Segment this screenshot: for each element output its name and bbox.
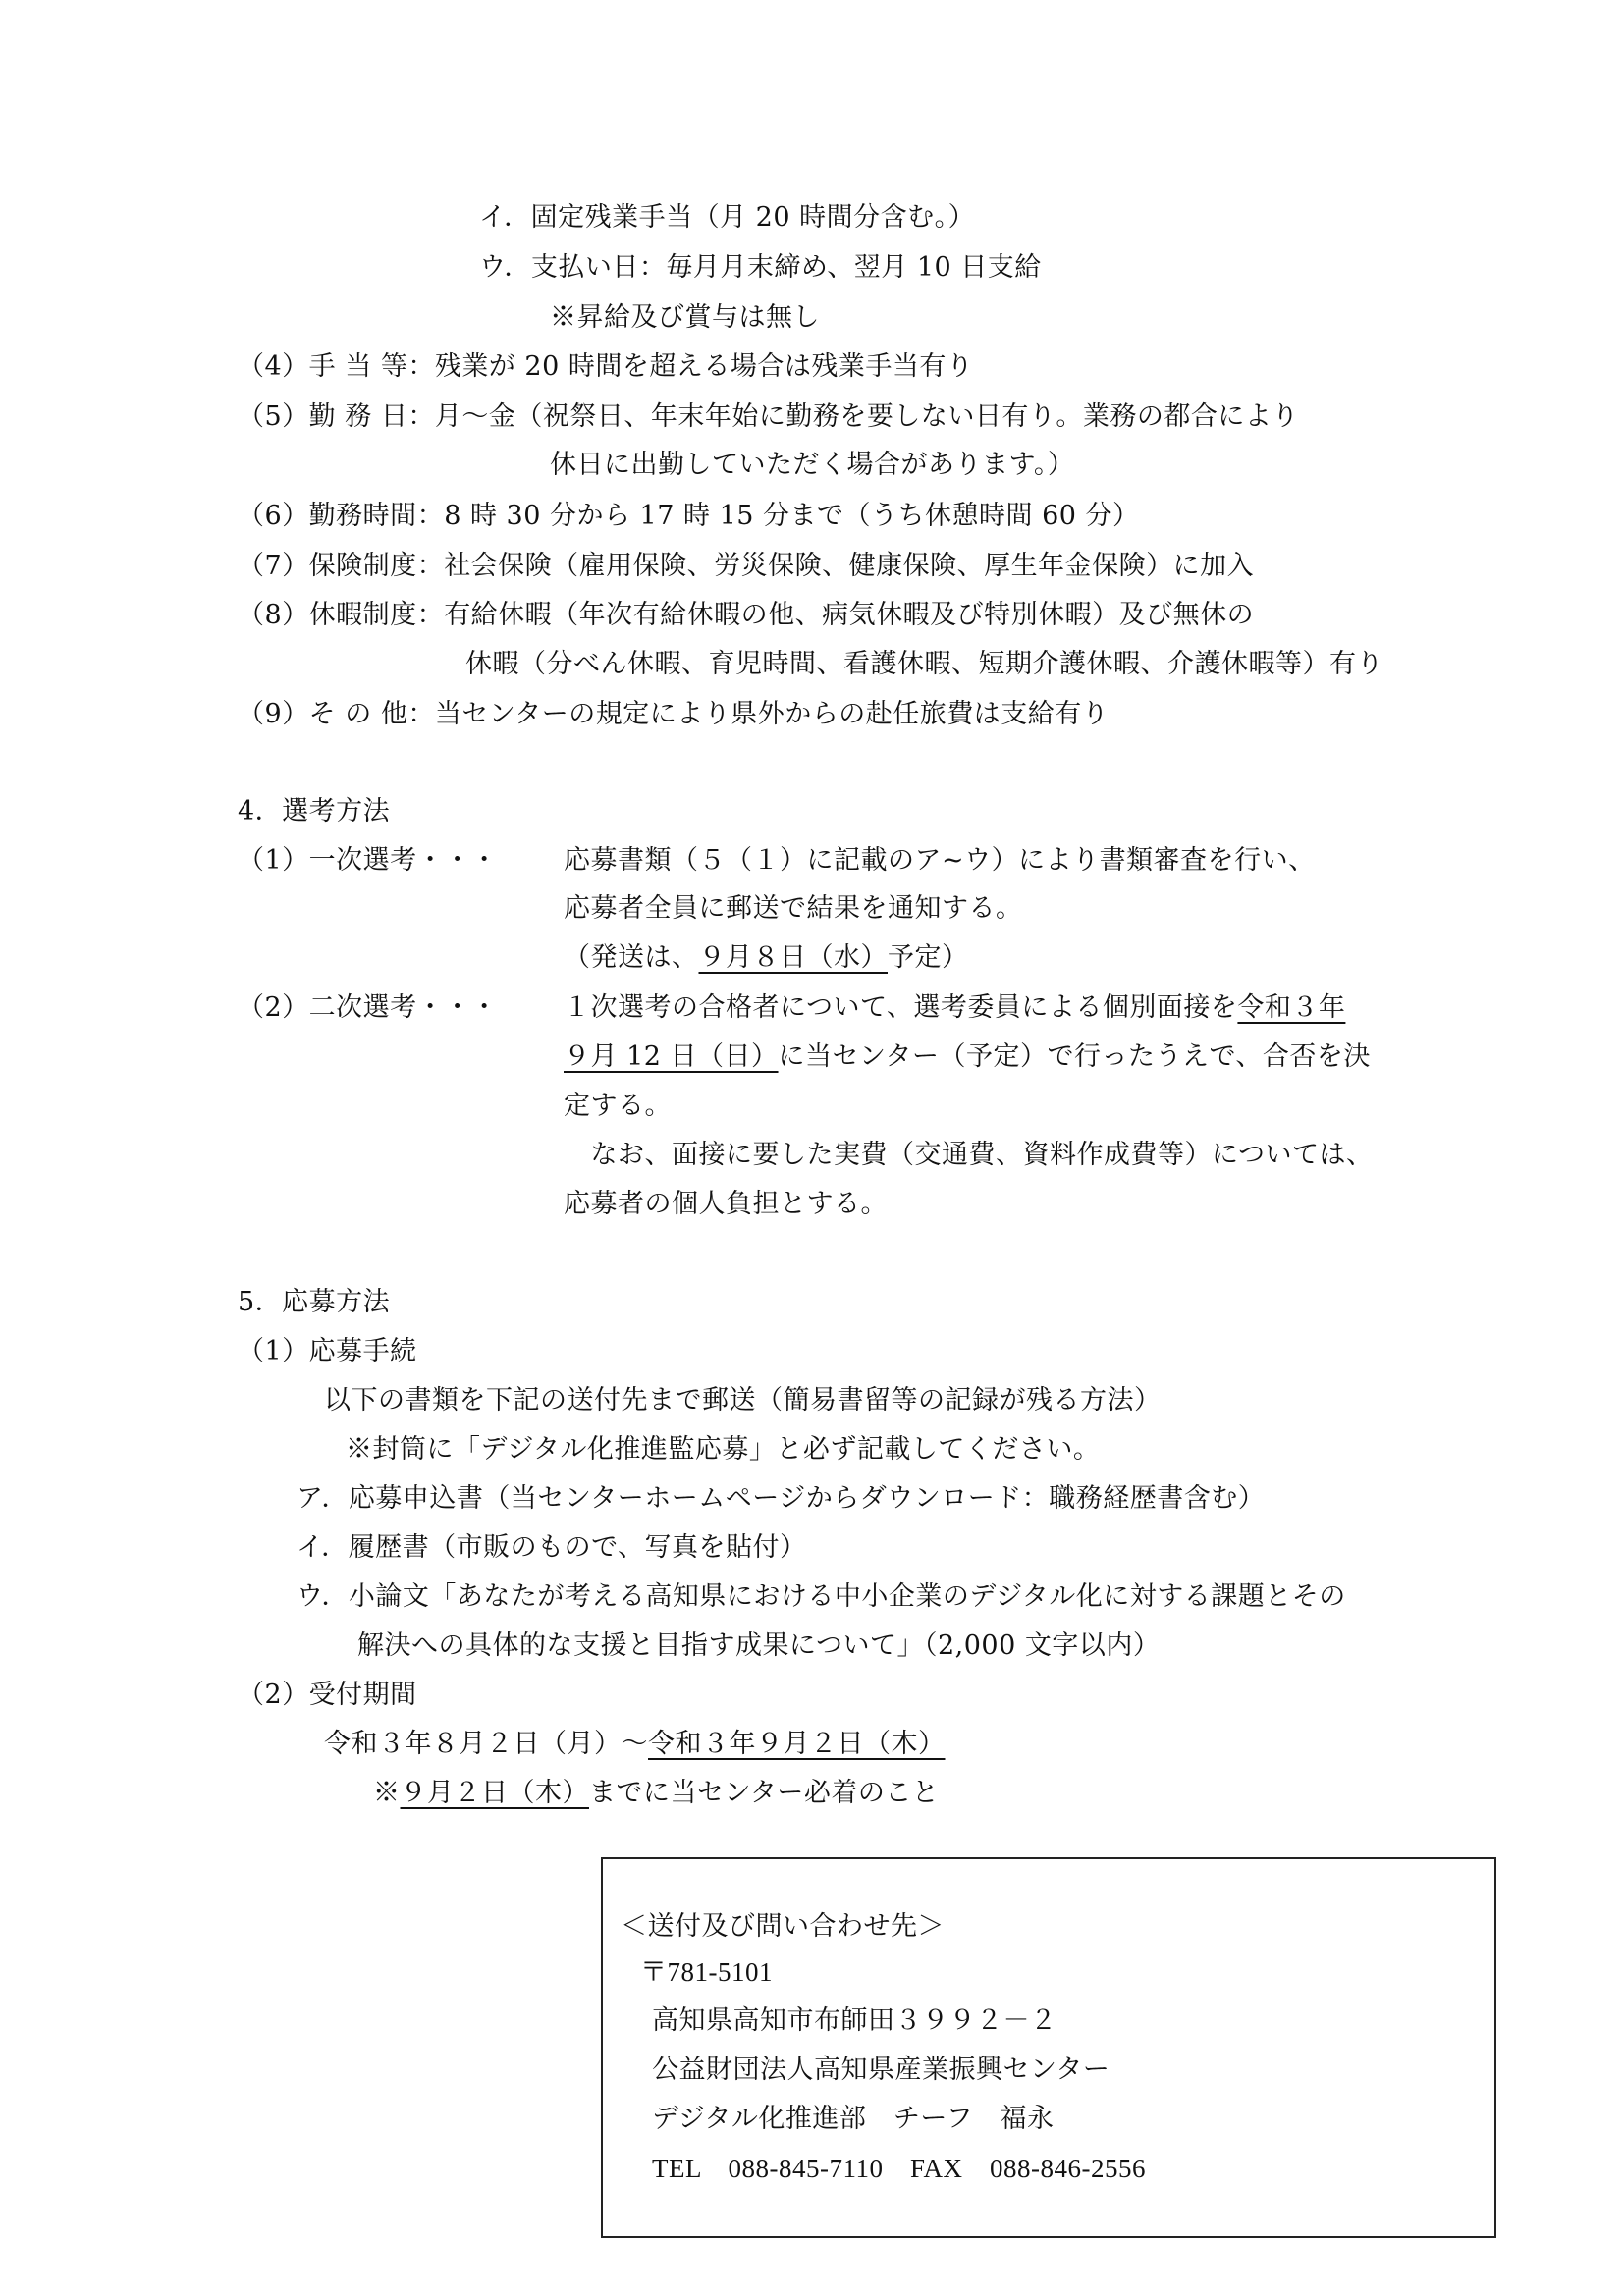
condition-label: （6）勤務時間： (238, 501, 444, 531)
note-mark: ※ (373, 1778, 401, 1808)
procedure-note: ※封筒に「デジタル化推進監応募」と必ず記載してください。 (346, 1432, 1100, 1468)
contact-postal: 〒781-5101 (640, 1954, 773, 1990)
second-selection-line2: ９月 12 日（日）に当センター（予定）で行ったうえで、合否を決 (564, 1040, 1371, 1075)
period-label: （2）受付期間 (238, 1678, 417, 1713)
procedure-label: （1）応募手続 (238, 1334, 417, 1369)
contact-org: 公益財団法人高知県産業振興センター (652, 2053, 1110, 2088)
condition-workdays: （5）勤 務 日：月～金（祝祭日、年末年始に勤務を要しない日有り。業務の都合によ… (238, 400, 1299, 435)
second-selection-label: （2）二次選考・・・ (238, 990, 498, 1026)
document-item-a: ア．応募申込書（当センターホームページからダウンロード：職務経歴書含む） (297, 1481, 1265, 1517)
send-date-prefix: （発送は、 (564, 942, 699, 973)
document-item-i: イ．履歴書（市販のもので、写真を貼付） (297, 1530, 807, 1566)
second-selection-line5: 応募者の個人負担とする。 (564, 1187, 888, 1222)
salary-item-i: イ．固定残業手当（月 20 時間分含む。） (479, 200, 975, 236)
document-item-u-cont: 解決への具体的な支援と目指す成果について」（2,000 文字以内） (357, 1629, 1160, 1664)
condition-label: （9）そ の 他： (238, 699, 435, 729)
first-selection-line3: （発送は、９月８日（水）予定） (564, 940, 969, 976)
contact-address: 高知県高知市布師田３９９２－２ (652, 2003, 1057, 2039)
condition-text: 月～金（祝祭日、年末年始に勤務を要しない日有り。業務の都合により (435, 401, 1299, 432)
condition-insurance: （7）保険制度：社会保険（雇用保険、労災保険、健康保険、厚生年金保険）に加入 (238, 549, 1254, 584)
send-date-suffix: 予定） (888, 942, 969, 973)
condition-label: （4）手 当 等： (238, 351, 435, 382)
procedure-line1: 以下の書類を下記の送付先まで郵送（簡易書留等の記録が残る方法） (324, 1383, 1162, 1418)
condition-label: （5）勤 務 日： (238, 401, 435, 432)
salary-note: ※昇給及び賞与は無し (550, 300, 820, 336)
first-selection-line1: 応募書類（５（１）に記載のア~ウ）により書類審査を行い、 (564, 843, 1316, 879)
interview-date-part2: ９月 12 日（日） (564, 1041, 779, 1072)
section5-heading: 5．応募方法 (238, 1285, 390, 1320)
period-note: ※９月２日（木）までに当センター必着のこと (373, 1776, 939, 1811)
second-selection-line4: なお、面接に要した実費（交通費、資料作成費等）については、 (564, 1138, 1373, 1173)
condition-label: （8）休暇制度： (238, 600, 444, 630)
condition-text: 社会保険（雇用保険、労災保険、健康保険、厚生年金保険）に加入 (444, 551, 1254, 581)
contact-dept: デジタル化推進部 チーフ 福永 (652, 2102, 1055, 2137)
deadline-date: ９月２日（木） (401, 1778, 590, 1808)
contact-phone: TEL 088-845-7110 FAX 088-846-2556 (652, 2151, 1146, 2186)
period-range: 令和３年８月２日（月）～令和３年９月２日（木） (324, 1727, 946, 1762)
first-selection-line2: 応募者全員に郵送で結果を通知する。 (564, 891, 1023, 927)
document-item-u: ウ．小論文「あなたが考える高知県における中小企業のデジタル化に対する課題とその (297, 1579, 1346, 1615)
condition-label: （7）保険制度： (238, 551, 444, 581)
contact-heading: ＜送付及び問い合わせ先＞ (621, 1909, 945, 1945)
condition-allowance: （4）手 当 等：残業が 20 時間を超える場合は残業手当有り (238, 349, 973, 385)
condition-hours: （6）勤務時間：8 時 30 分から 17 時 15 分まで（うち休憩時間 60… (238, 499, 1140, 534)
first-selection-label: （1）一次選考・・・ (238, 843, 498, 879)
condition-leave-cont: 休暇（分べん休暇、育児時間、看護休暇、短期介護休暇、介護休暇等）有り (465, 647, 1383, 682)
salary-item-u: ウ．支払い日：毎月月末締め、翌月 10 日支給 (479, 250, 1042, 286)
period-end: 令和３年９月２日（木） (648, 1729, 946, 1759)
interview-text: １次選考の合格者について、選考委員による個別面接を (564, 992, 1237, 1023)
second-selection-line1: １次選考の合格者について、選考委員による個別面接を令和３年 (564, 990, 1345, 1026)
interview-text-cont: に当センター（予定）で行ったうえで、合否を決 (779, 1041, 1371, 1072)
condition-leave: （8）休暇制度：有給休暇（年次有給休暇の他、病気休暇及び特別休暇）及び無休の (238, 598, 1254, 633)
second-selection-line3: 定する。 (564, 1089, 672, 1124)
send-date: ９月８日（水） (699, 942, 889, 973)
condition-text: 有給休暇（年次有給休暇の他、病気休暇及び特別休暇）及び無休の (444, 600, 1254, 630)
period-start: 令和３年８月２日（月）～ (324, 1729, 648, 1759)
condition-text: 8 時 30 分から 17 時 15 分まで（うち休憩時間 60 分） (444, 501, 1139, 531)
condition-text: 当センターの規定により県外からの赴任旅費は支給有り (435, 699, 1109, 729)
section4-heading: 4．選考方法 (238, 794, 390, 829)
condition-other: （9）そ の 他：当センターの規定により県外からの赴任旅費は支給有り (238, 697, 1109, 732)
condition-text: 残業が 20 時間を超える場合は残業手当有り (435, 351, 974, 382)
condition-workdays-cont: 休日に出勤していただく場合があります。） (550, 448, 1074, 483)
interview-date-part1: 令和３年 (1237, 992, 1345, 1023)
deadline-text: までに当センター必着のこと (589, 1778, 939, 1808)
